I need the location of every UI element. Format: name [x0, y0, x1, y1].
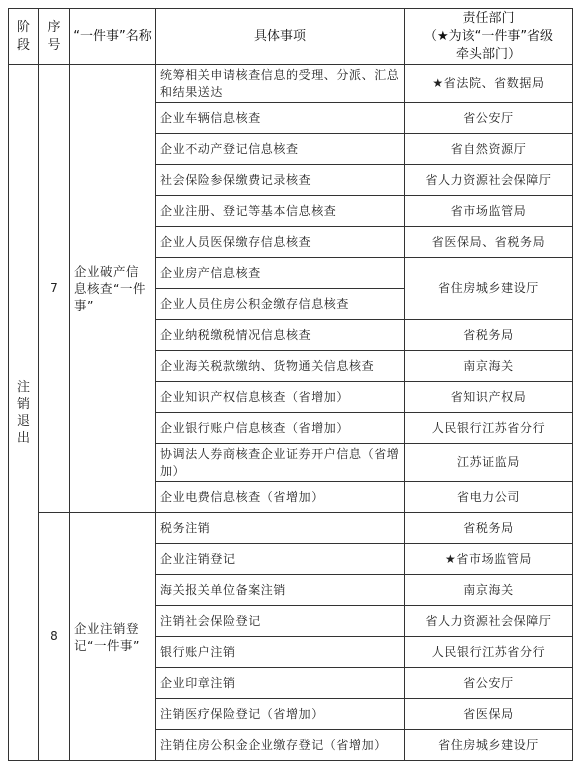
seq-cell: 7	[39, 65, 70, 513]
header-specific-items: 具体事项	[156, 9, 405, 65]
specific-item: 企业人员医保缴存信息核查	[156, 227, 405, 258]
responsible-dept: 省人力资源社会保障厅	[405, 165, 573, 196]
specific-item: 银行账户注销	[156, 637, 405, 668]
item-name-cell: 企业破产信息核查“一件事”	[70, 65, 156, 513]
responsible-dept: 省公安厅	[405, 103, 573, 134]
header-dept-line3: 牵头部门）	[407, 46, 570, 64]
specific-item: 社会保险参保缴费记录核查	[156, 165, 405, 196]
header-dept-line2: （★为该“一件事”省级	[407, 28, 570, 46]
responsible-dept: 南京海关	[405, 575, 573, 606]
specific-item: 企业电费信息核查（省增加）	[156, 482, 405, 513]
responsible-dept: 省医保局、省税务局	[405, 227, 573, 258]
responsible-dept: 省公安厅	[405, 668, 573, 699]
responsible-dept: 南京海关	[405, 351, 573, 382]
responsible-dept: 省知识产权局	[405, 382, 573, 413]
responsible-dept: 省住房城乡建设厅	[405, 730, 573, 761]
specific-item: 企业注销登记	[156, 544, 405, 575]
specific-item: 海关报关单位备案注销	[156, 575, 405, 606]
specific-item: 注销住房公积金企业缴存登记（省增加）	[156, 730, 405, 761]
specific-item: 企业知识产权信息核查（省增加）	[156, 382, 405, 413]
responsible-dept: 省税务局	[405, 513, 573, 544]
seq-cell: 8	[39, 513, 70, 761]
responsible-dept: 江苏证监局	[405, 444, 573, 482]
responsible-dept: 省自然资源厅	[405, 134, 573, 165]
stage-cell: 注销退出	[9, 65, 39, 761]
specific-item: 企业不动产登记信息核查	[156, 134, 405, 165]
table-row: 注销退出 7 企业破产信息核查“一件事” 统筹相关申请核查信息的受理、分派、汇总…	[9, 65, 573, 103]
specific-item: 注销医疗保险登记（省增加）	[156, 699, 405, 730]
responsible-dept: 省住房城乡建设厅	[405, 258, 573, 320]
table-header-row: 阶段 序号 “一件事”名称 具体事项 责任部门 （★为该“一件事”省级 牵头部门…	[9, 9, 573, 65]
specific-item: 企业纳税缴税情况信息核查	[156, 320, 405, 351]
responsible-dept: 省市场监管局	[405, 196, 573, 227]
header-item-name: “一件事”名称	[70, 9, 156, 65]
responsible-dept: 省税务局	[405, 320, 573, 351]
responsible-dept: 人民银行江苏省分行	[405, 637, 573, 668]
specific-item: 企业印章注销	[156, 668, 405, 699]
specific-item: 注销社会保险登记	[156, 606, 405, 637]
specific-item: 统筹相关申请核查信息的受理、分派、汇总和结果送达	[156, 65, 405, 103]
item-name-cell: 企业注销登记“一件事”	[70, 513, 156, 761]
header-responsible-dept: 责任部门 （★为该“一件事”省级 牵头部门）	[405, 9, 573, 65]
table-row: 8 企业注销登记“一件事” 税务注销 省税务局	[9, 513, 573, 544]
responsible-dept: ★省法院、省数据局	[405, 65, 573, 103]
responsibility-table: 阶段 序号 “一件事”名称 具体事项 责任部门 （★为该“一件事”省级 牵头部门…	[8, 8, 573, 761]
responsible-dept: 人民银行江苏省分行	[405, 413, 573, 444]
specific-item: 税务注销	[156, 513, 405, 544]
specific-item: 企业海关税款缴纳、货物通关信息核查	[156, 351, 405, 382]
header-stage: 阶段	[9, 9, 39, 65]
responsible-dept: 省人力资源社会保障厅	[405, 606, 573, 637]
responsible-dept: 省电力公司	[405, 482, 573, 513]
responsible-dept: ★省市场监管局	[405, 544, 573, 575]
specific-item: 企业注册、登记等基本信息核查	[156, 196, 405, 227]
specific-item: 协调法人券商核查企业证券开户信息（省增加）	[156, 444, 405, 482]
specific-item: 企业车辆信息核查	[156, 103, 405, 134]
header-seq: 序号	[39, 9, 70, 65]
header-dept-line1: 责任部门	[407, 10, 570, 28]
specific-item: 企业房产信息核查	[156, 258, 405, 289]
responsible-dept: 省医保局	[405, 699, 573, 730]
specific-item: 企业银行账户信息核查（省增加）	[156, 413, 405, 444]
specific-item: 企业人员住房公积金缴存信息核查	[156, 289, 405, 320]
